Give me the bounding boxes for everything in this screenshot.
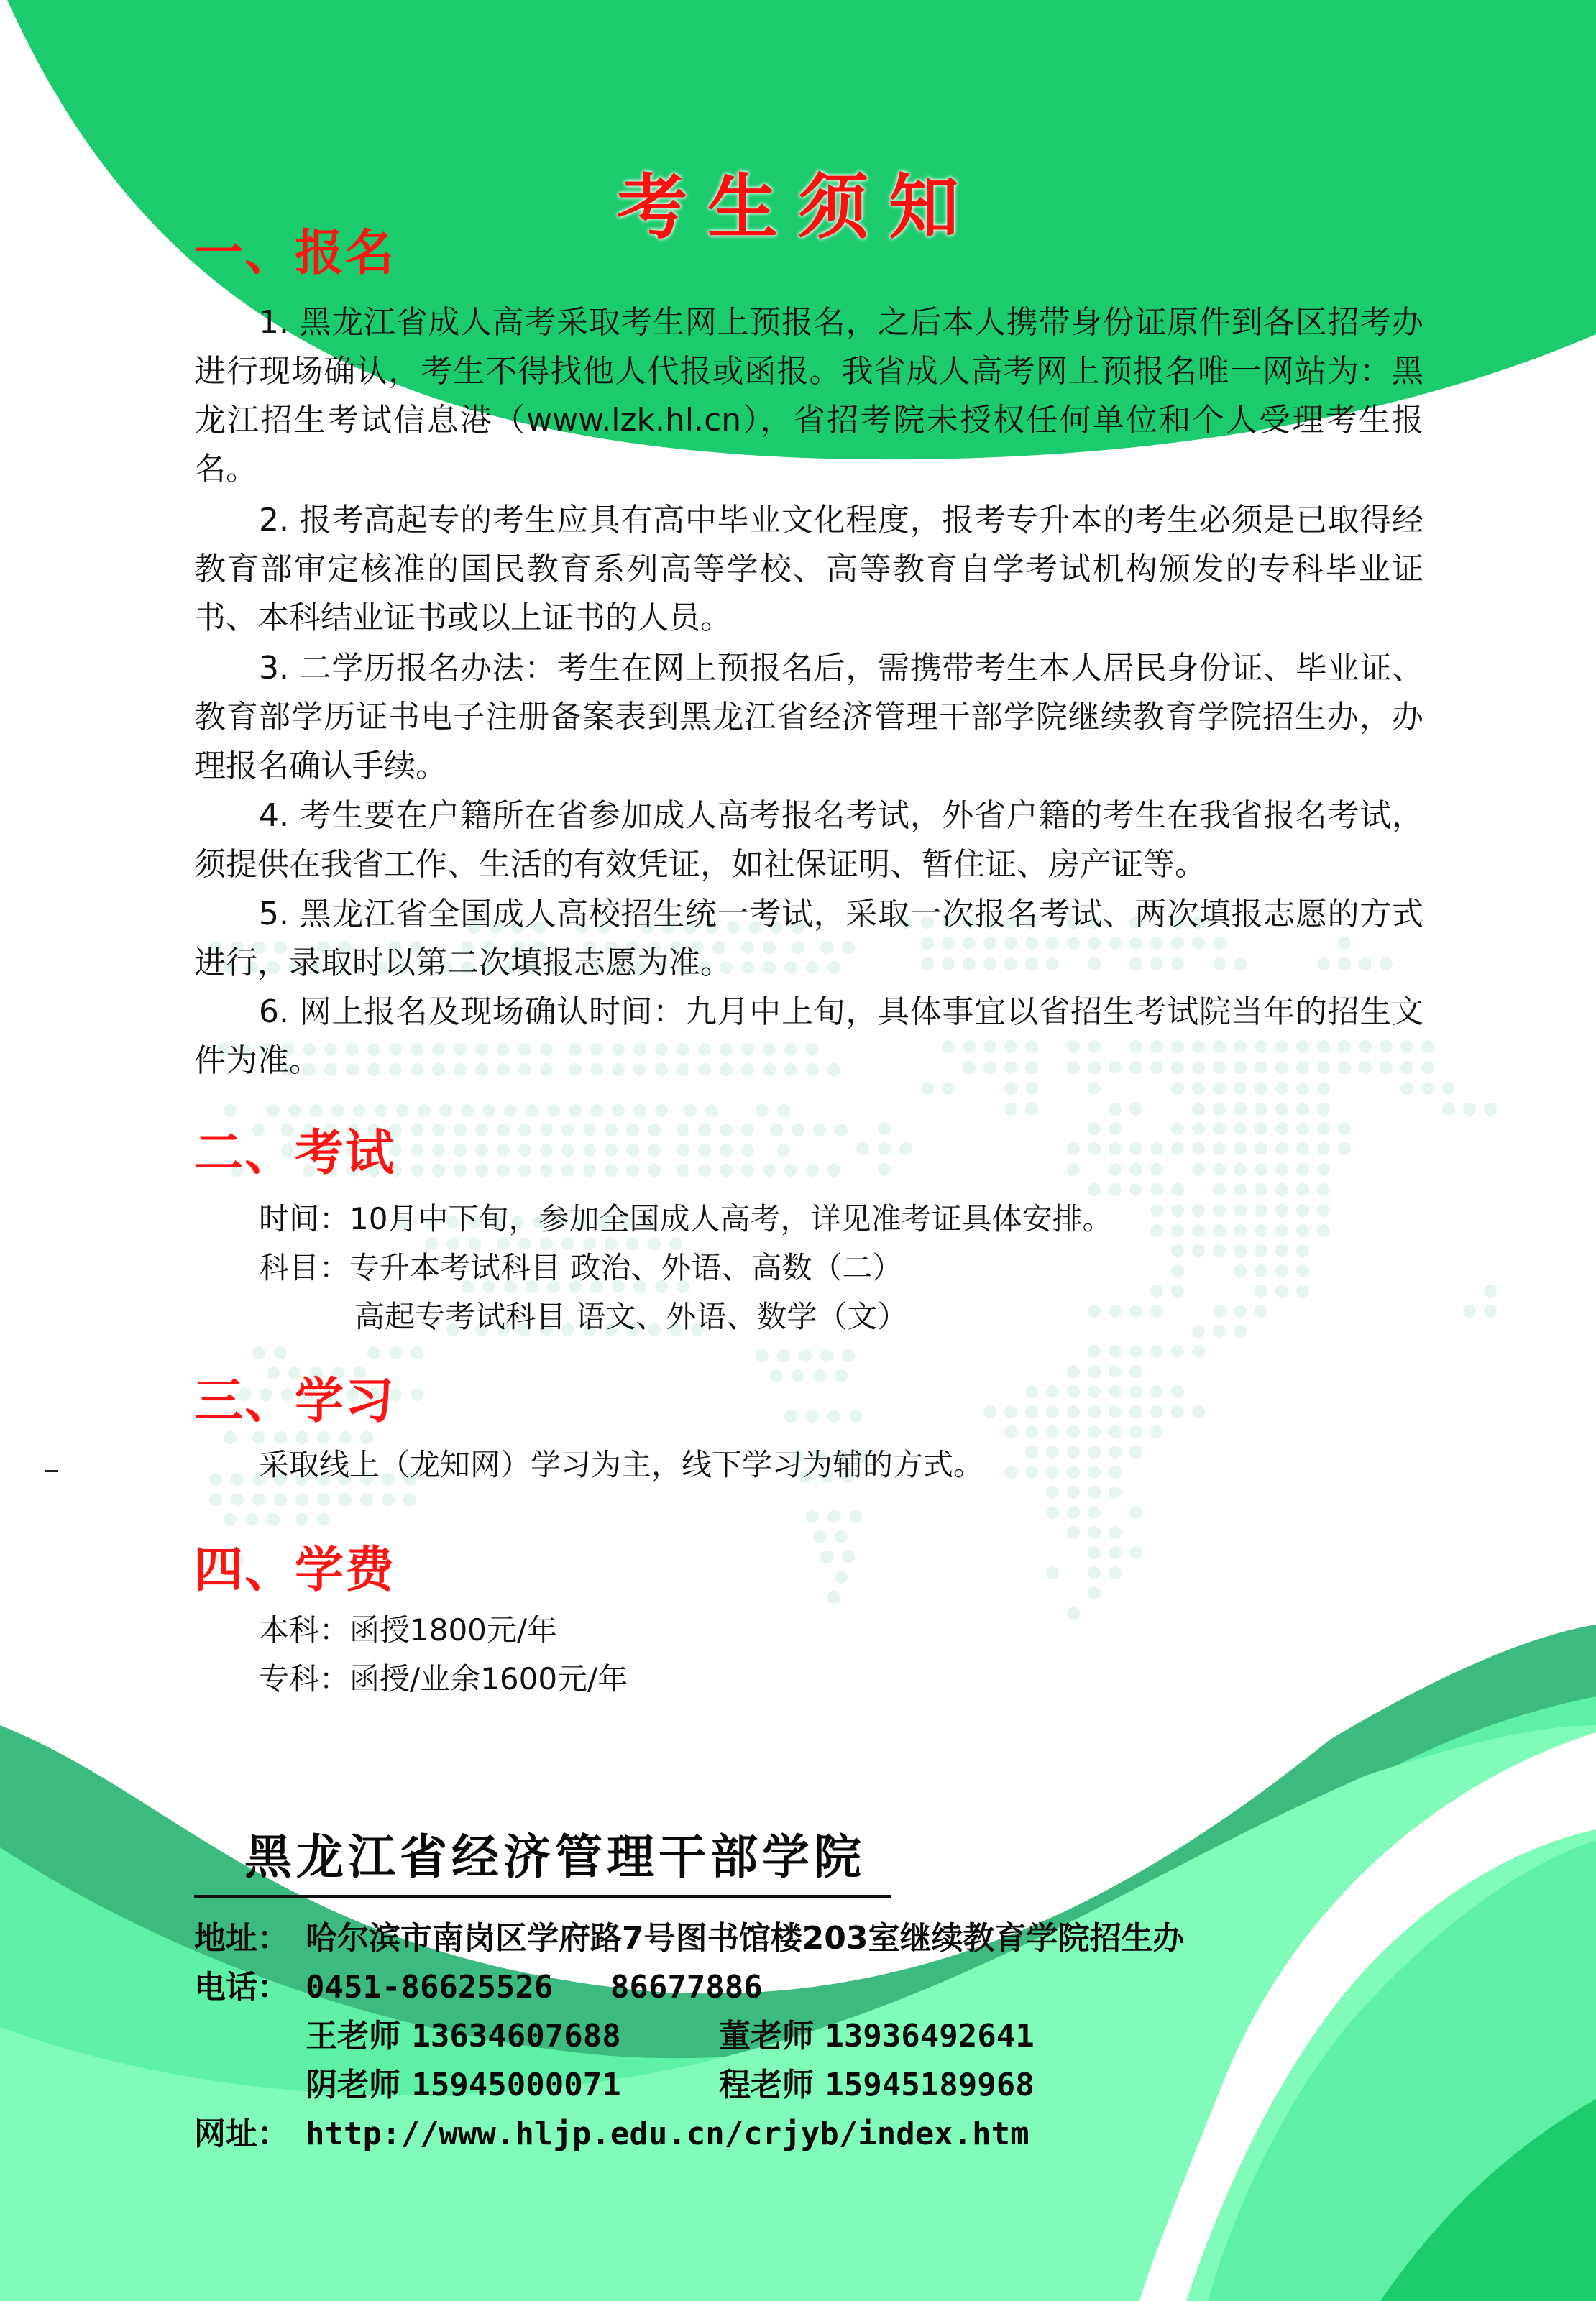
registration-item-5: 5. 黑龙江省全国成人高校招生统一考试，采取一次报名考试、两次填报志愿的方式进行… [194,890,1423,988]
divider [194,1895,891,1898]
section-heading-registration: 一、报名 [194,214,395,284]
teacher-name: 董老师 [719,2018,814,2054]
tuition-bachelor: 本科：函授1800元/年 [259,1607,557,1650]
teacher-phone: 15945189968 [825,2067,1034,2103]
phone-label: 电话： [194,1961,306,2007]
teacher-contact-wang: 王老师 13634607688 [306,2010,621,2056]
address-value: 哈尔滨市南岗区学府路7号图书馆楼203室继续教育学院招生办 [306,1920,1184,1957]
study-method: 采取线上（龙知网）学习为主，线下学习为辅的方式。 [259,1441,983,1484]
teacher-contact-dong: 董老师 13936492641 [719,2010,1035,2056]
section-heading-exam: 二、考试 [194,1114,395,1184]
website-label: 网址： [194,2108,306,2154]
contact-address: 地址：哈尔滨市南岗区学府路7号图书馆楼203室继续教育学院招生办 [194,1912,1184,1958]
teacher-contact-yin: 阴老师 15945000071 [306,2059,621,2105]
teacher-phone: 15945000071 [411,2067,620,2103]
registration-item-6: 6. 网上报名及现场确认时间：九月中上旬，具体事宜以省招生考试院当年的招生文件为… [194,988,1423,1085]
registration-item-4: 4. 考生要在户籍所在省参加成人高考报名考试，外省户籍的考生在我省报名考试，须提… [194,791,1423,889]
exam-subjects-upgrade: 科目：专升本考试科目 政治、外语、高数（二） [259,1244,902,1287]
teacher-name: 阴老师 [306,2067,400,2103]
section-heading-tuition: 四、学费 [194,1531,395,1601]
organization-name: 黑龙江省经济管理干部学院 [244,1819,866,1887]
tuition-associate: 专科：函授/业余1600元/年 [259,1655,628,1699]
notice-page: 考生须知 一、报名 1. 黑龙江省成人高考采取考生网上预报名，之后本人携带身份证… [0,0,1596,2301]
teacher-phone: 13936492641 [825,2018,1034,2054]
registration-item-3: 3. 二学历报名办法：考生在网上预报名后，需携带考生本人居民身份证、毕业证、教育… [194,644,1423,791]
teacher-name: 程老师 [719,2067,814,2103]
teacher-name: 王老师 [306,2018,400,2054]
teacher-contact-cheng: 程老师 15945189968 [719,2059,1035,2105]
section-heading-study: 三、学习 [194,1362,395,1432]
registration-item-1: 1. 黑龙江省成人高考采取考生网上预报名，之后本人携带身份证原件到各区招考办进行… [194,298,1423,494]
address-label: 地址： [194,1912,306,1958]
website-link[interactable]: http://www.hljp.edu.cn/crjyb/index.htm [306,2116,1029,2152]
contact-website: 网址：http://www.hljp.edu.cn/crjyb/index.ht… [194,2108,1029,2154]
exam-time: 时间：10月中下旬，参加全国成人高考，详见准考证具体安排。 [259,1195,1112,1239]
phone-value: 0451-86625526 86677886 [306,1969,763,2006]
stray-dash-mark [45,1470,58,1472]
exam-subjects-junior-college: 高起专考试科目 语文、外语、数学（文） [354,1293,907,1336]
teacher-phone: 13634607688 [411,2018,620,2054]
registration-item-2: 2. 报考高起专的考生应具有高中毕业文化程度，报考专升本的考生必须是已取得经教育… [194,496,1423,643]
contact-phone: 电话：0451-86625526 86677886 [194,1961,763,2007]
